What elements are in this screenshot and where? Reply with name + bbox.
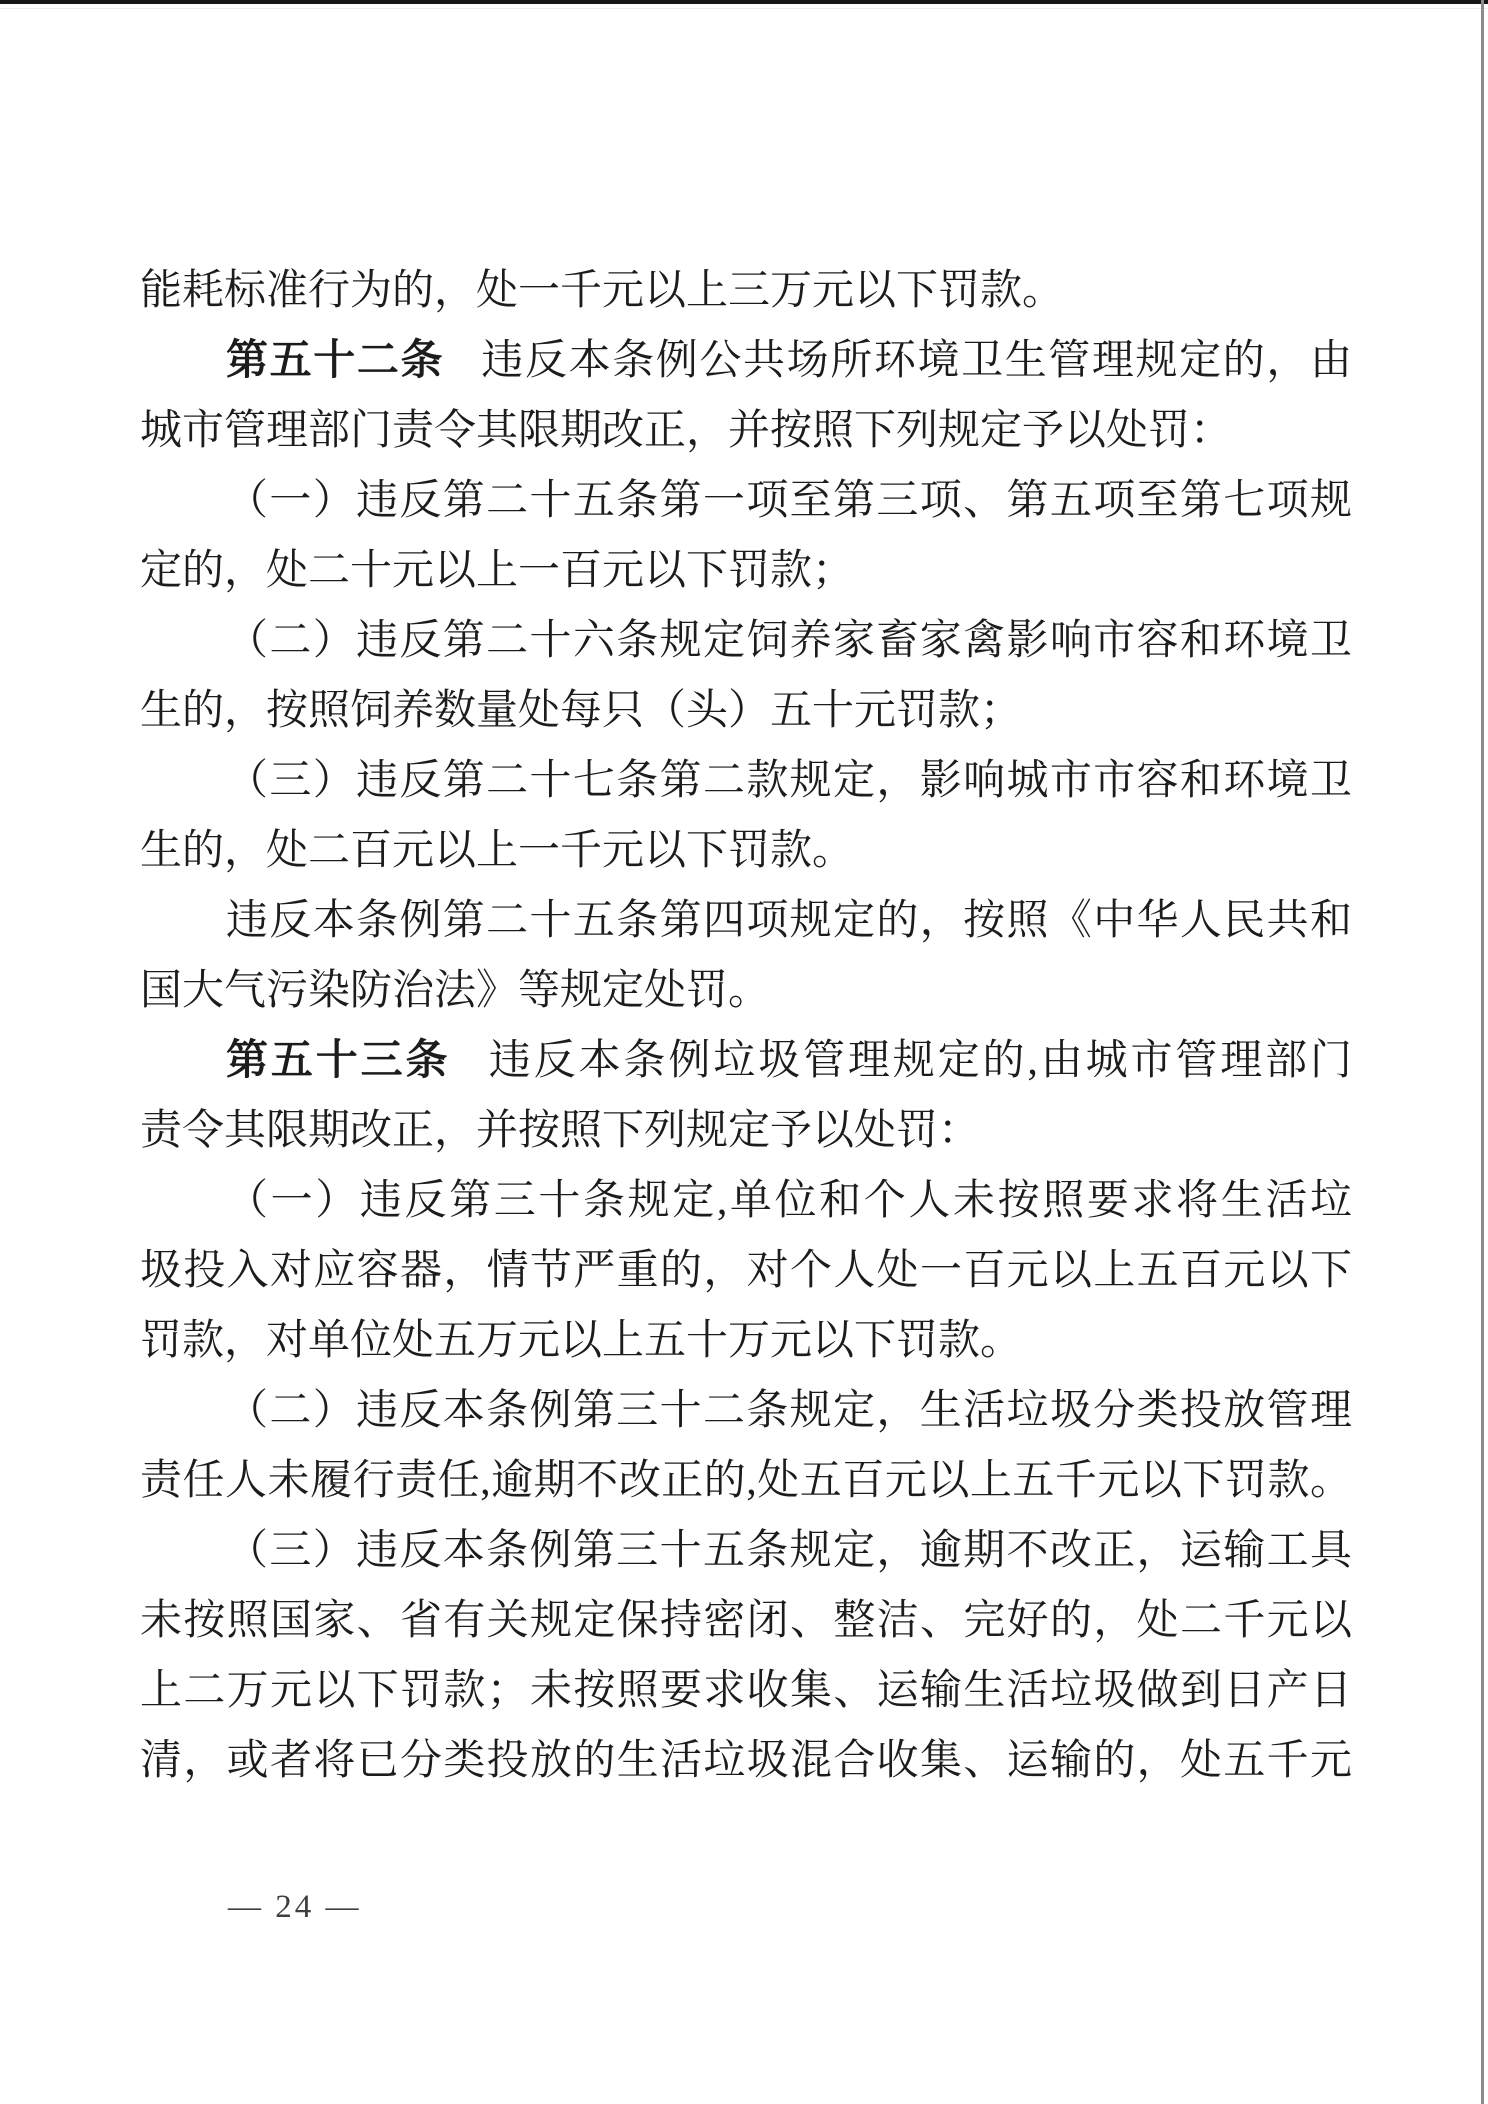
text-line: 圾投入对应容器，情节严重的，对个人处一百元以上五百元以下	[140, 1236, 1352, 1306]
article-heading-line: 第五十三条违反本条例垃圾管理规定的,由城市管理部门	[140, 1026, 1352, 1096]
page-top-edge	[0, 0, 1488, 4]
page-right-rule	[1481, 0, 1484, 2104]
text-line: 违反本条例第二十五条第四项规定的，按照《中华人民共和	[140, 886, 1352, 956]
text-line: 城市管理部门责令其限期改正，并按照下列规定予以处罚：	[140, 396, 1352, 466]
text-line: （一）违反第三十条规定,单位和个人未按照要求将生活垃	[140, 1166, 1352, 1236]
text-line: 生的，按照饲养数量处每只（头）五十元罚款；	[140, 676, 1352, 746]
text-line: 上二万元以下罚款；未按照要求收集、运输生活垃圾做到日产日	[140, 1656, 1352, 1726]
text-line: 清，或者将已分类投放的生活垃圾混合收集、运输的，处五千元	[140, 1726, 1352, 1796]
text-line: 国大气污染防治法》等规定处罚。	[140, 956, 1352, 1026]
document-body: 能耗标准行为的，处一千元以上三万元以下罚款。第五十二条违反本条例公共场所环境卫生…	[140, 256, 1352, 1796]
document-page: { "page": { "background": "#ffffff", "to…	[0, 0, 1488, 2104]
text-line: 未按照国家、省有关规定保持密闭、整洁、完好的，处二千元以	[140, 1586, 1352, 1656]
text-line: （三）违反本条例第三十五条规定，逾期不改正，运输工具	[140, 1516, 1352, 1586]
text-line: 生的，处二百元以上一千元以下罚款。	[140, 816, 1352, 886]
article-number: 第五十二条	[226, 338, 444, 384]
text-line: （二）违反本条例第三十二条规定，生活垃圾分类投放管理	[140, 1376, 1352, 1446]
text-line: 罚款，对单位处五万元以上五十万元以下罚款。	[140, 1306, 1352, 1376]
page-top-edge-shadow	[0, 8, 1488, 9]
text-line: 定的，处二十元以上一百元以下罚款；	[140, 536, 1352, 606]
article-heading-line: 第五十二条违反本条例公共场所环境卫生管理规定的，由	[140, 326, 1352, 396]
text-line: 责令其限期改正，并按照下列规定予以处罚：	[140, 1096, 1352, 1166]
text-line: （三）违反第二十七条第二款规定，影响城市市容和环境卫	[140, 746, 1352, 816]
text-line: （一）违反第二十五条第一项至第三项、第五项至第七项规	[140, 466, 1352, 536]
text-line: 责任人未履行责任,逾期不改正的,处五百元以上五千元以下罚款。	[140, 1446, 1352, 1516]
text-line: 能耗标准行为的，处一千元以上三万元以下罚款。	[140, 256, 1352, 326]
page-number: — 24 —	[228, 1886, 362, 1928]
article-number: 第五十三条	[226, 1038, 450, 1084]
text-line: （二）违反第二十六条规定饲养家畜家禽影响市容和环境卫	[140, 606, 1352, 676]
